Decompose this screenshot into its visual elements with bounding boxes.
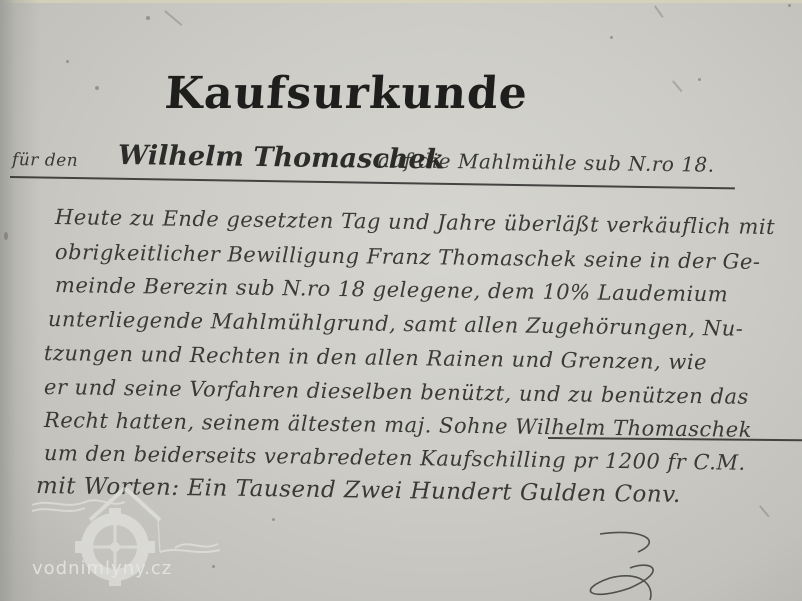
- watermark-text: vodnimlyny.cz: [32, 558, 172, 579]
- paper-speck: [788, 4, 791, 7]
- body-line-2: obrigkeitlicher Bewilligung Franz Thomas…: [55, 240, 761, 274]
- paper-speck: [698, 78, 701, 81]
- body-line-1: Heute zu Ende gesetzten Tag und Jahre üb…: [55, 205, 775, 239]
- paper-speck: [272, 518, 275, 521]
- paper-scratch: [759, 505, 769, 517]
- body-line-7: Recht hatten, seinem ältesten maj. Sohne…: [44, 408, 752, 442]
- body-line-4: unterliegende Mahlmühlgrund, samt allen …: [48, 307, 744, 341]
- heading-suffix: auf die Mahlmühle sub N.ro 18.: [378, 148, 715, 177]
- body-line-8: um den beiderseits verabredeten Kaufschi…: [44, 441, 746, 475]
- paper-scratch: [165, 10, 183, 25]
- paper-speck: [4, 232, 8, 240]
- body-line-6: er und seine Vorfahren dieselben benützt…: [44, 375, 749, 409]
- scanned-document: Kaufsurkunde für den Wilhelm Thomaschek …: [0, 0, 802, 601]
- paper-speck: [66, 60, 69, 63]
- body-line-3: meinde Berezin sub N.ro 18 gelegene, dem…: [55, 273, 729, 306]
- closing-flourish: [570, 530, 690, 601]
- heading-underline: [10, 176, 735, 189]
- paper-speck: [146, 16, 150, 20]
- paper-top-edge: [0, 0, 802, 3]
- heading-prefix: für den: [12, 150, 78, 171]
- body-line-5: tzungen und Rechten in den allen Rainen …: [44, 341, 707, 374]
- paper-scratch: [672, 80, 682, 92]
- document-title: Kaufsurkunde: [163, 68, 529, 119]
- paper-speck: [95, 86, 99, 90]
- paper-scratch: [654, 5, 663, 17]
- paper-speck: [610, 36, 613, 39]
